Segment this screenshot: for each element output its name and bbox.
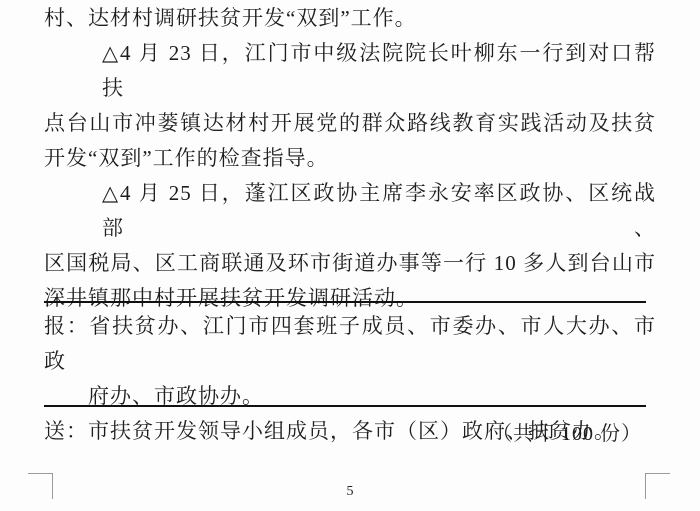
notice-report-line: 报：省扶贫办、江门市四套班子成员、市委办、市人大办、市政 <box>44 309 656 379</box>
body-line: 村、达材村调研扶贫开发“双到”工作。 <box>44 1 656 36</box>
body-line: 区国税局、区工商联通及环市街道办事等一行 10 多人到台山市 <box>44 246 656 281</box>
notice-report-continuation: 府办、市政协办。 <box>44 379 656 414</box>
page-number: 5 <box>0 484 700 500</box>
body-line: △4 月 23 日，江门市中级法院院长叶柳东一行到对口帮扶 <box>44 36 656 106</box>
notice-top-rule <box>44 301 646 303</box>
print-count: （共印 100 份） <box>44 417 642 446</box>
notice-bottom-rule <box>44 405 646 407</box>
body-line: △4 月 25 日，蓬江区政协主席李永安率区政协、区统战部、 <box>44 176 656 246</box>
body-text-block: 村、达材村调研扶贫开发“双到”工作。 △4 月 23 日，江门市中级法院院长叶柳… <box>44 1 656 316</box>
document-page: 村、达材村调研扶贫开发“双到”工作。 △4 月 23 日，江门市中级法院院长叶柳… <box>0 0 700 511</box>
body-line: 开发“双到”工作的检查指导。 <box>44 141 656 176</box>
body-line: 点台山市冲蒌镇达材村开展党的群众路线教育实践活动及扶贫 <box>44 106 656 141</box>
